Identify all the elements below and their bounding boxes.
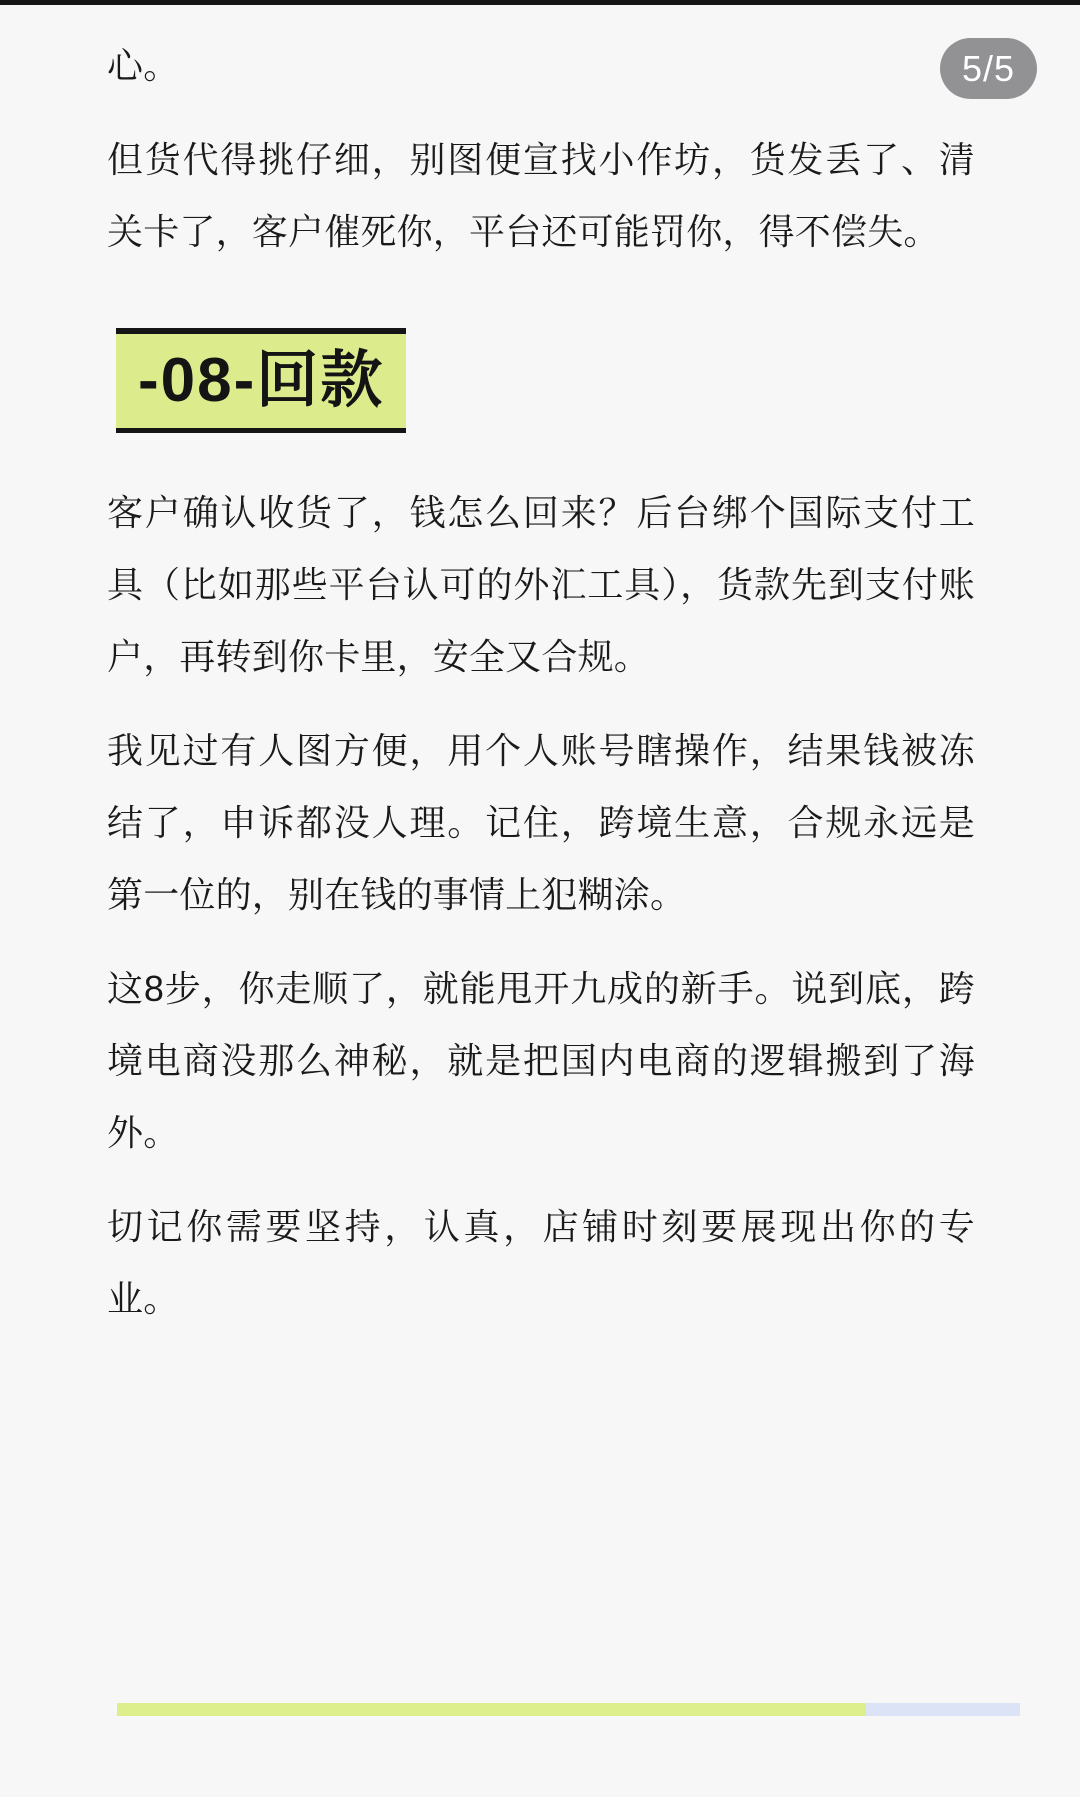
article-body: 心。 但货代得挑仔细，别图便宣找小作坊，货发丢了、清关卡了，客户催死你，平台还可… (107, 30, 975, 1357)
paragraph: 这8步，你走顺了，就能甩开九成的新手。说到底，跨境电商没那么神秘，就是把国内电商… (107, 953, 975, 1169)
paragraph: 客户确认收货了，钱怎么回来？后台绑个国际支付工具（比如那些平台认可的外汇工具），… (107, 477, 975, 693)
paragraph: 但货代得挑仔细，别图便宣找小作坊，货发丢了、清关卡了，客户催死你，平台还可能罚你… (107, 124, 975, 268)
progress-fill (117, 1703, 866, 1716)
paragraph: 我见过有人图方便，用个人账号瞎操作，结果钱被冻结了，申诉都没人理。记住，跨境生意… (107, 715, 975, 931)
top-edge-strip (0, 0, 1080, 5)
section-heading-row: -08-回款 (107, 290, 975, 477)
content-card-page: 5/5 心。 但货代得挑仔细，别图便宣找小作坊，货发丢了、清关卡了，客户催死你，… (0, 0, 1080, 1797)
paragraph: 心。 (107, 30, 975, 102)
page-progress-track (117, 1703, 1020, 1716)
paragraph: 切记你需要坚持，认真，店铺时刻要展现出你的专业。 (107, 1191, 975, 1335)
section-heading-highlight: -08-回款 (116, 328, 406, 433)
